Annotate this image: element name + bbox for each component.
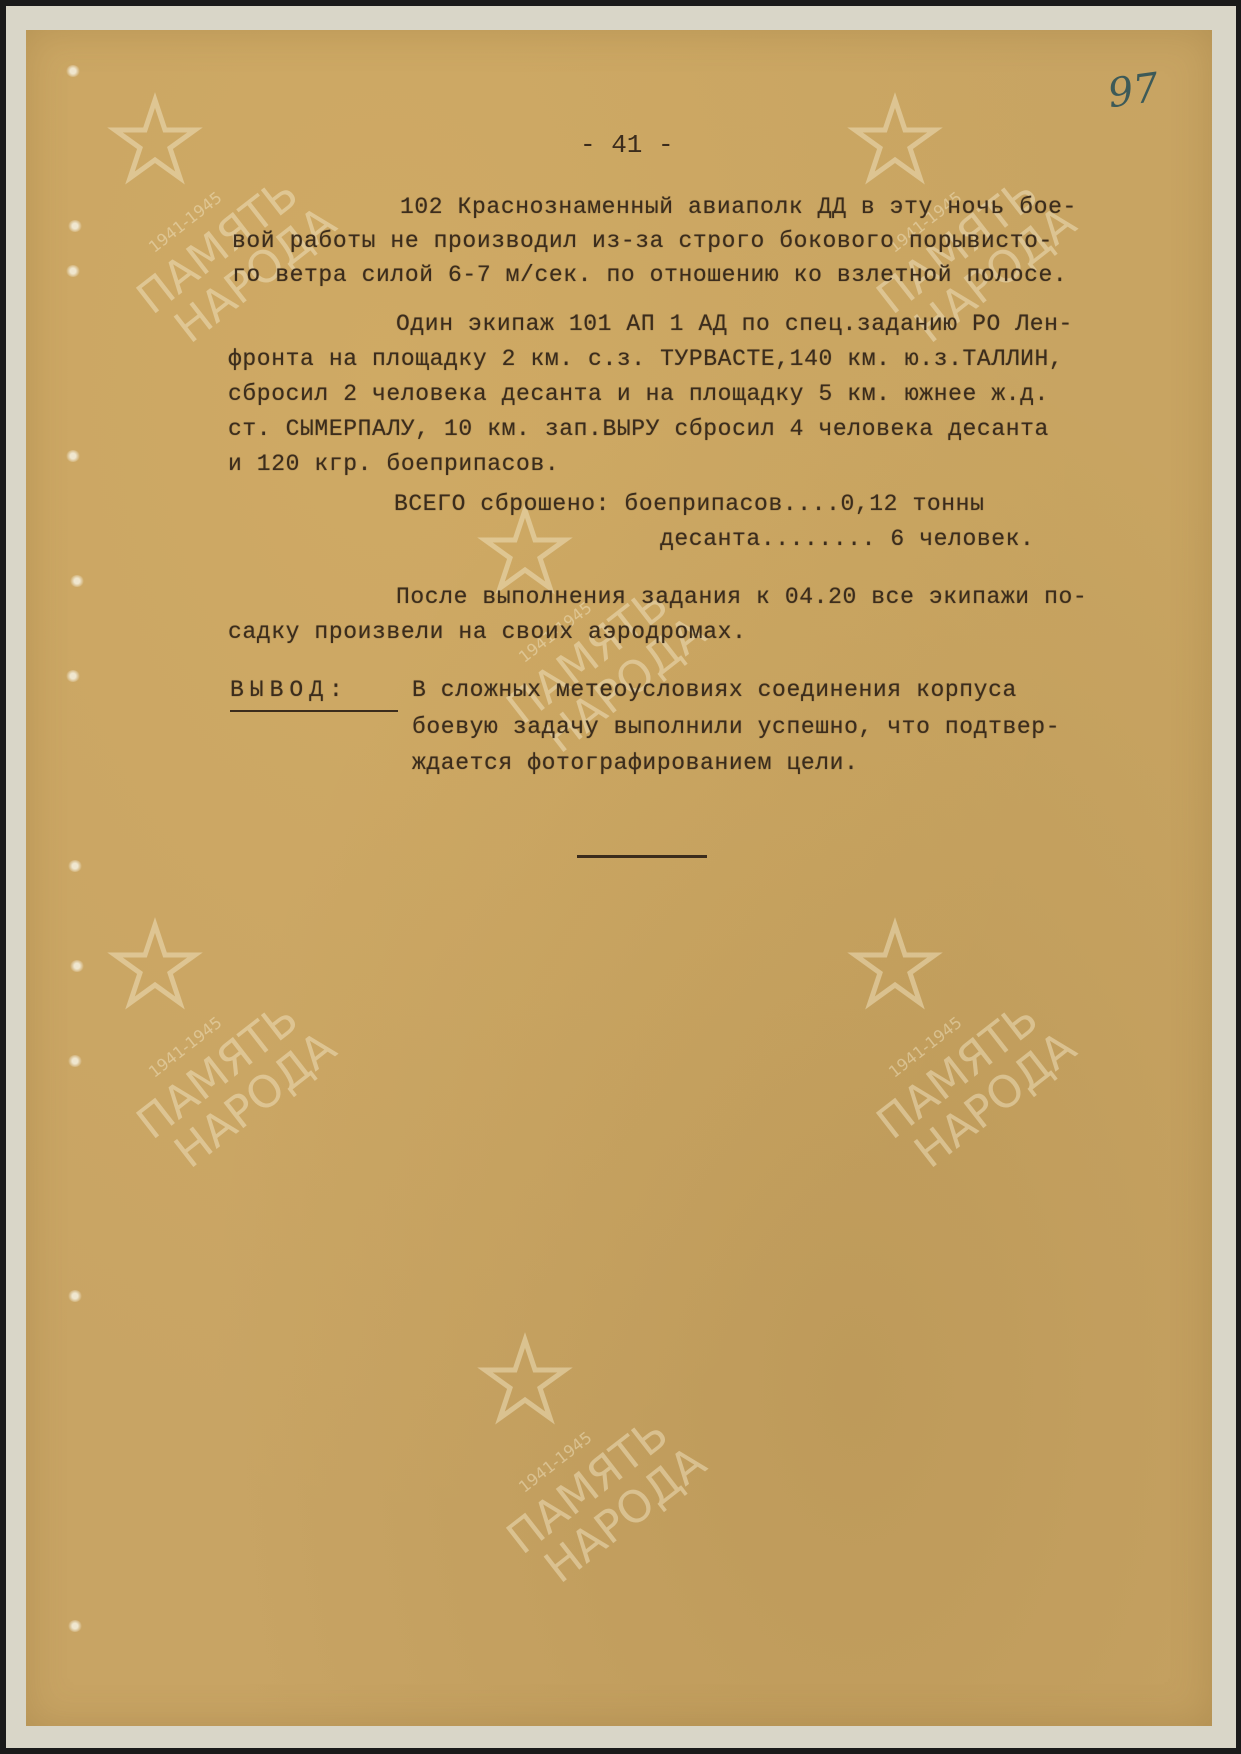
text-line: садку произвели на своих аэродромах. [228,615,746,649]
text-line: После выполнения задания к 04.20 все эки… [396,580,1087,614]
end-rule [577,855,707,858]
punch-hole [68,1290,82,1302]
punch-hole [68,1055,82,1067]
text-line: фронта на площадку 2 км. с.з. ТУРВАСТЕ,1… [228,342,1063,376]
text-line: сбросил 2 человека десанта и на площадку… [228,377,1049,411]
text-line: 102 Краснознаменный авиаполк ДД в эту но… [400,190,1077,224]
text-line: и 120 кгр. боеприпасов. [228,447,559,481]
archive-page-number: 97 [1105,65,1162,118]
conclusion-line: В сложных метеоусловиях соединения корпу… [412,673,1017,707]
conclusion-label: ВЫВОД: [230,673,349,707]
punch-hole [66,670,80,682]
punch-hole [68,860,82,872]
punch-hole [66,265,80,277]
conclusion-line: боевую задачу выполнили успешно, что под… [412,710,1060,744]
text-line: вой работы не производил из-за строго бо… [232,224,1053,258]
text-line: го ветра силой 6-7 м/сек. по отношению к… [232,258,1067,292]
conclusion-line: ждается фотографированием цели. [412,746,858,780]
page-number: - 41 - [580,130,674,160]
punch-hole [70,575,84,587]
punch-hole [68,220,82,232]
punch-hole [66,65,80,77]
punch-hole [68,1620,82,1632]
punch-hole [66,450,80,462]
punch-hole [70,960,84,972]
text-line: ст. СЫМЕРПАЛУ, 10 км. зап.ВЫРУ сбросил 4… [228,412,1049,446]
totals-ammo: ВСЕГО сброшено: боеприпасов....0,12 тонн… [394,487,985,521]
totals-troops: десанта........ 6 человек. [660,522,1034,556]
conclusion-underline [230,710,398,712]
text-line: Один экипаж 101 АП 1 АД по спец.заданию … [396,307,1073,341]
